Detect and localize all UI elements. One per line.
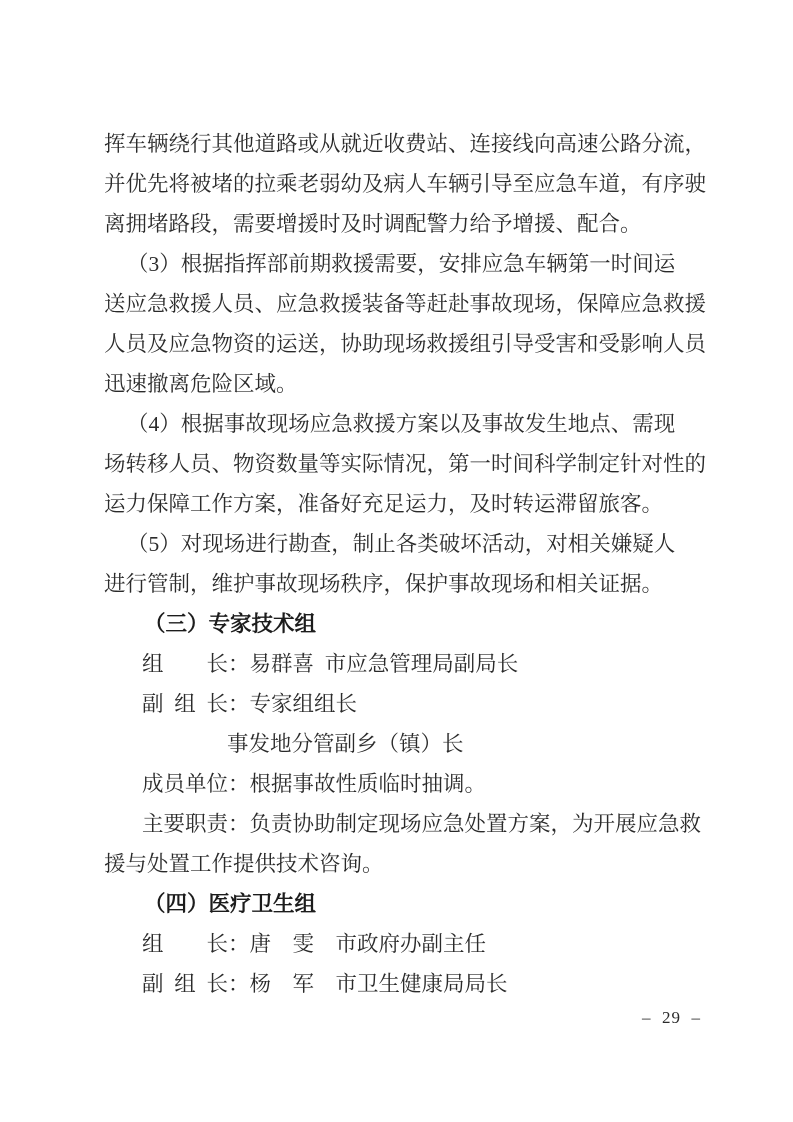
text-line: 副 组 长：专家组组长 [104,684,710,724]
text-line: （四）医疗卫生组 [104,884,710,924]
text-line: 成员单位：根据事故性质临时抽调。 [104,764,710,804]
text-line: 援与处置工作提供技术咨询。 [104,844,710,884]
text-line: （4）根据事故现场应急救援方案以及事故发生地点、需现 [104,404,710,444]
text-line: （3）根据指挥部前期救援需要，安排应急车辆第一时间运 [104,244,710,284]
text-line: 场转移人员、物资数量等实际情况，第一时间科学制定针对性的 [104,444,710,484]
text-line: 并优先将被堵的拉乘老弱幼及病人车辆引导至应急车道，有序驶 [104,164,710,204]
document-page: 挥车辆绕行其他道路或从就近收费站、连接线向高速公路分流，并优先将被堵的拉乘老弱幼… [0,0,793,1122]
text-line: 事发地分管副乡（镇）长 [104,724,710,764]
text-line: （三）专家技术组 [104,604,710,644]
text-line: 挥车辆绕行其他道路或从就近收费站、连接线向高速公路分流， [104,124,710,164]
text-line: 进行管制，维护事故现场秩序，保护事故现场和相关证据。 [104,564,710,604]
page-number: – 29 – [642,1007,701,1029]
text-line: （5）对现场进行勘查，制止各类破坏活动，对相关嫌疑人 [104,524,710,564]
text-line: 迅速撤离危险区域。 [104,364,710,404]
text-line: 组 长：唐 雯 市政府办副主任 [104,924,710,964]
text-line: 送应急救援人员、应急救援装备等赶赴事故现场，保障应急救援 [104,284,710,324]
text-line: 运力保障工作方案，准备好充足运力，及时转运滞留旅客。 [104,484,710,524]
text-line: 主要职责：负责协助制定现场应急处置方案，为开展应急救 [104,804,710,844]
text-line: 副 组 长：杨 军 市卫生健康局局长 [104,964,710,1004]
text-line: 人员及应急物资的运送，协助现场救援组引导受害和受影响人员 [104,324,710,364]
text-line: 组 长：易群喜 市应急管理局副局长 [104,644,710,684]
text-line: 离拥堵路段，需要增援时及时调配警力给予增援、配合。 [104,204,710,244]
document-body: 挥车辆绕行其他道路或从就近收费站、连接线向高速公路分流，并优先将被堵的拉乘老弱幼… [104,124,710,1004]
